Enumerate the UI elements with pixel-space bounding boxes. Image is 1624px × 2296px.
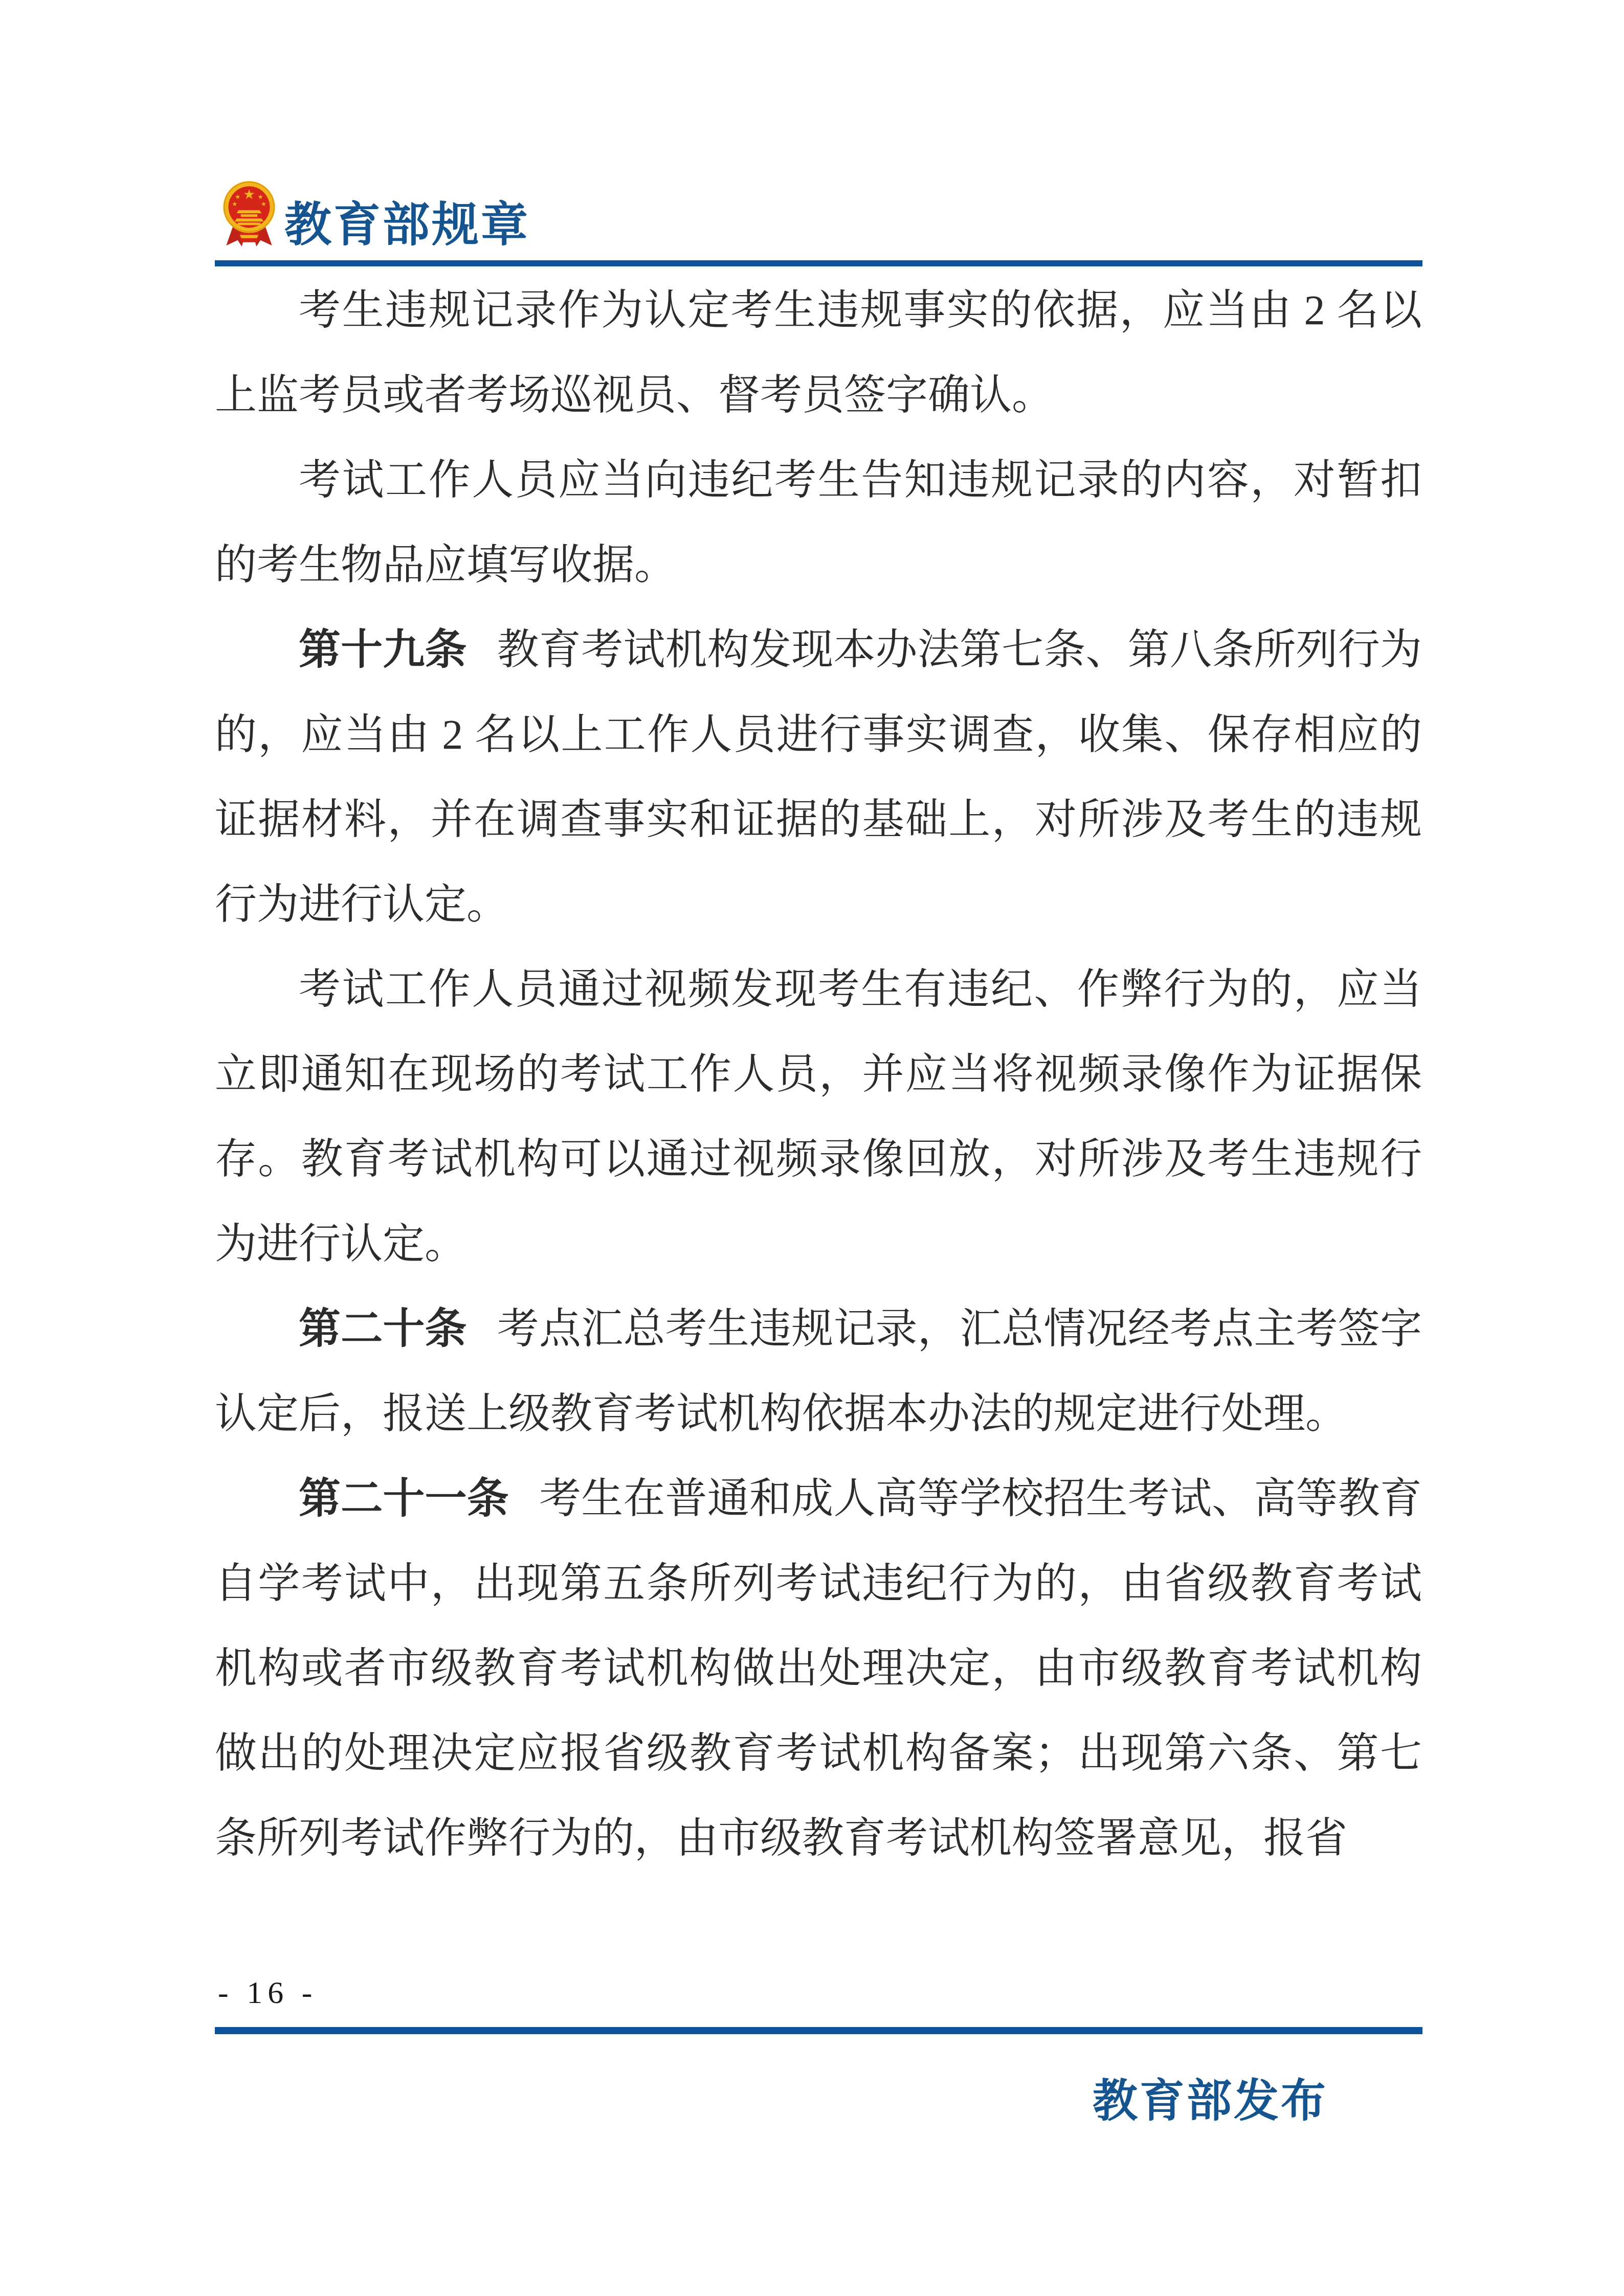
document-page: ★ ★ ★ ★ ★ 教育部规章 考生违规记录作为认定考生违规事实的依据，应当由 … xyxy=(0,0,1624,2296)
paragraph-text: 考生违规记录作为认定考生违规事实的依据，应当由 2 名以上监考员或者考场巡视员、… xyxy=(215,287,1422,418)
paragraph: 考试工作人员应当向违纪考生告知违规记录的内容，对暂扣的考生物品应填写收据。 xyxy=(215,438,1422,607)
svg-text:★: ★ xyxy=(232,200,237,208)
header-divider xyxy=(215,260,1422,266)
header-title: 教育部规章 xyxy=(284,187,530,255)
paragraph-text: 考试工作人员通过视频发现考生有违纪、作弊行为的，应当立即通知在现场的考试工作人员… xyxy=(215,966,1422,1267)
article-number: 第二十条 xyxy=(299,1305,467,1352)
page-number: - 16 - xyxy=(218,1975,317,2011)
footer-divider xyxy=(215,2027,1422,2034)
paragraph: 第二十一条考生在普通和成人高等学校招生考试、高等教育自学考试中，出现第五条所列考… xyxy=(215,1456,1422,1881)
svg-text:★: ★ xyxy=(243,187,255,202)
svg-text:★: ★ xyxy=(235,193,240,200)
paragraph: 第二十条考点汇总考生违规记录，汇总情况经考点主考签字认定后，报送上级教育考试机构… xyxy=(215,1287,1422,1456)
svg-text:★: ★ xyxy=(258,193,263,200)
paragraph: 考试工作人员通过视频发现考生有违纪、作弊行为的，应当立即通知在现场的考试工作人员… xyxy=(215,947,1422,1287)
paragraph-text: 考试工作人员应当向违纪考生告知违规记录的内容，对暂扣的考生物品应填写收据。 xyxy=(215,457,1422,588)
national-emblem-icon: ★ ★ ★ ★ ★ xyxy=(222,177,276,250)
article-number: 第十九条 xyxy=(299,626,467,673)
svg-text:★: ★ xyxy=(261,200,266,208)
paragraph: 第十九条教育考试机构发现本办法第七条、第八条所列行为的，应当由 2 名以上工作人… xyxy=(215,607,1422,947)
paragraph-text: 考生在普通和成人高等学校招生考试、高等教育自学考试中，出现第五条所列考试违纪行为… xyxy=(215,1475,1422,1861)
document-body: 考生违规记录作为认定考生违规事实的依据，应当由 2 名以上监考员或者考场巡视员、… xyxy=(215,268,1422,1881)
paragraph: 考生违规记录作为认定考生违规事实的依据，应当由 2 名以上监考员或者考场巡视员、… xyxy=(215,268,1422,438)
article-number: 第二十一条 xyxy=(299,1475,509,1522)
footer-publisher: 教育部发布 xyxy=(1093,2065,1328,2129)
